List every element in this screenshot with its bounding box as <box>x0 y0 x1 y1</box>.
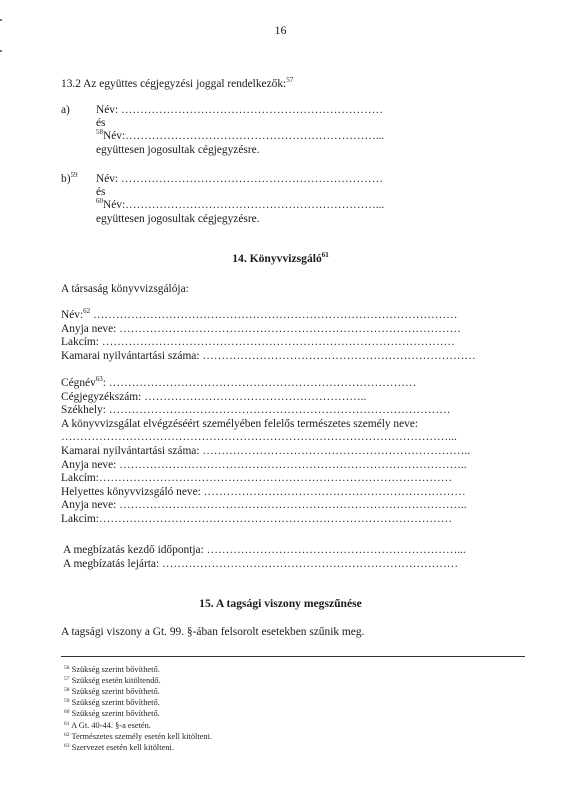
footnote-item: 57 Szükség esetén kitöltendő. <box>64 676 161 686</box>
field-label: A könyvvizsgálat elvégzéséért személyébe… <box>61 418 418 430</box>
footnote-text: Szükség szerint bővíthető. <box>70 665 160 674</box>
field-dots[interactable]: ………………………………………………………………………………… <box>99 513 452 525</box>
auditor-company-field[interactable]: Anyja neve: …………………………………………………………………………… <box>61 499 467 512</box>
scan-mark <box>0 50 2 52</box>
item-label: a) <box>61 104 70 117</box>
footnote-text: A Gt. 40-44. §-a esetén. <box>70 721 151 730</box>
footnote-text: Szervezet esetén kell kitölteni. <box>70 743 174 752</box>
footnote-text: Szükség szerint bővíthető. <box>70 709 160 718</box>
field-dots[interactable]: …………………………………………………………… <box>201 486 466 498</box>
field-label: A megbízatás lejárta: <box>63 558 159 570</box>
joint-signing-text: együttesen jogosultak cégjegyzésre. <box>96 213 260 226</box>
joint-signing-text: együttesen jogosultak cégjegyzésre. <box>96 144 260 157</box>
field-dots[interactable]: …………………………………………………………………… <box>159 558 458 570</box>
field-dots[interactable]: ………………………………………………………………………………… <box>99 336 455 348</box>
field-label: Anyja neve: <box>61 499 116 511</box>
name-field[interactable]: Név: …………………………………………………………… <box>96 173 383 186</box>
footnote-separator <box>61 656 525 657</box>
section-15-body: A tagsági viszony a Gt. 99. §-ában felso… <box>61 626 364 639</box>
auditor-field[interactable]: Anyja neve: …………………………………………………………………………… <box>61 323 461 336</box>
footnote-text: Szükség esetén kitöltendő. <box>70 676 161 685</box>
section-title-text: 13.2 Az együttes cégjegyzési joggal rend… <box>61 78 286 90</box>
footnote-ref: 60 <box>96 197 103 205</box>
field-dots[interactable]: ……………………………………………………………………………… <box>116 323 461 335</box>
auditor-company-field[interactable]: Anyja neve: …………………………………………………………………………… <box>61 459 467 472</box>
field-dots[interactable]: ………………………………………………………………………………… <box>99 472 452 484</box>
footnote-ref: 57 <box>286 76 293 84</box>
field-label: Cégnév <box>61 377 96 389</box>
section-15-heading: 15. A tagsági viszony megszűnése <box>0 597 561 610</box>
field-label: Kamarai nyilvántartási száma: <box>61 445 200 457</box>
field-dots[interactable]: : ……………………………………………………………………… <box>103 377 417 389</box>
auditor-company-field: A könyvvizsgálat elvégzéséért személyébe… <box>61 418 418 431</box>
field-label: A megbízatás kezdő időpontja: <box>63 544 204 556</box>
field-label: Név: <box>61 309 83 321</box>
auditor-company-field[interactable]: Cégnév63: ……………………………………………………………………… <box>61 377 416 390</box>
auditor-field[interactable]: Kamarai nyilvántartási száma: …………………………… <box>61 350 476 363</box>
auditor-intro: A társaság könyvvizsgálója: <box>61 283 189 296</box>
footnote-text: Szükség szerint bővíthető. <box>70 687 160 696</box>
field-dots[interactable]: ……………………………………………………………………………….. <box>116 499 466 511</box>
field-label: Helyettes könyvvizsgáló neve: <box>61 486 201 498</box>
name-field[interactable]: Név: …………………………………………………………… <box>96 104 383 117</box>
auditor-field[interactable]: Lakcím: ………………………………………………………………………………… <box>61 336 455 349</box>
field-dots[interactable]: ……………………………………………………………… <box>200 350 476 362</box>
footnote-ref: 63 <box>96 375 103 383</box>
field-label: Cégjegyzékszám: <box>61 391 141 403</box>
footnote-item: 61 A Gt. 40-44. §-a esetén. <box>64 721 151 731</box>
scan-mark <box>0 19 2 21</box>
footnote-item: 63 Szervezet esetén kell kitölteni. <box>64 743 174 753</box>
field-label: Anyja neve: <box>61 323 116 335</box>
field-label: Székhely: <box>61 404 106 416</box>
footnote-item: 62 Természetes személy esetén kell kitöl… <box>64 732 212 742</box>
auditor-company-field[interactable]: Kamarai nyilvántartási száma: …………………………… <box>61 445 470 458</box>
mandate-field[interactable]: A megbízatás kezdő időpontja: …………………………… <box>63 544 466 557</box>
name-field-2[interactable]: 58Név:…………………………………………………………... <box>96 130 384 143</box>
auditor-company-field[interactable]: Székhely: ……………………………………………………………………………… <box>61 404 451 417</box>
section-14-heading: 14. Könyvvizsgáló61 <box>0 252 561 265</box>
item-label: b)59 <box>61 173 78 186</box>
footnote-text: Természetes személy esetén kell kitölten… <box>70 732 213 741</box>
mandate-field[interactable]: A megbízatás lejárta: ………………………………………………… <box>63 558 458 571</box>
field-label: Kamarai nyilvántartási száma: <box>61 350 200 362</box>
field-label: Anyja neve: <box>61 459 116 471</box>
footnote-item: 60 Szükség szerint bővíthető. <box>64 709 160 719</box>
auditor-field[interactable]: Név:62 …………………………………………………………………………………… <box>61 309 458 322</box>
name-field-2[interactable]: 60Név:…………………………………………………………... <box>96 199 384 212</box>
field-dots[interactable]: …………………………………………………………... <box>204 544 466 556</box>
field-dots[interactable]: …………………………………………………………….. <box>200 445 471 457</box>
auditor-company-field[interactable]: Cégjegyzékszám: ………………………………………………….. <box>61 391 366 404</box>
auditor-company-field[interactable]: Lakcím:………………………………………………………………………………… <box>61 513 452 526</box>
footnote-item: 56 Szükség szerint bővíthető. <box>64 665 160 675</box>
section-13-2-title: 13.2 Az együttes cégjegyzési joggal rend… <box>61 78 293 91</box>
footnote-ref: 58 <box>96 128 103 136</box>
auditor-company-field[interactable]: Helyettes könyvvizsgáló neve: …………………………… <box>61 486 466 499</box>
footnote-item: 59 Szükség szerint bővíthető. <box>64 698 160 708</box>
field-dots[interactable]: ……………………………………………………………………………… <box>106 404 451 416</box>
field-dots[interactable]: ……………………………………………………………………………….. <box>116 459 466 471</box>
field-label: Lakcím: <box>61 472 99 484</box>
footnote-text: Szükség szerint bővíthető. <box>70 698 160 707</box>
auditor-company-field[interactable]: Lakcím:………………………………………………………………………………… <box>61 472 452 485</box>
field-dots[interactable]: …………………………………………………………………………………… <box>90 309 457 321</box>
footnote-ref: 61 <box>322 251 329 259</box>
field-label: Lakcím: <box>61 513 99 525</box>
field-label: Lakcím: <box>61 336 99 348</box>
field-dots[interactable]: ………………………………………………….. <box>141 391 366 403</box>
auditor-company-field[interactable]: …………………………………………………………………………………………... <box>61 431 457 444</box>
field-dots[interactable]: …………………………………………………………………………………………... <box>61 431 457 443</box>
page-number: 16 <box>0 23 561 38</box>
footnote-item: 58 Szükség szerint bővíthető. <box>64 687 160 697</box>
